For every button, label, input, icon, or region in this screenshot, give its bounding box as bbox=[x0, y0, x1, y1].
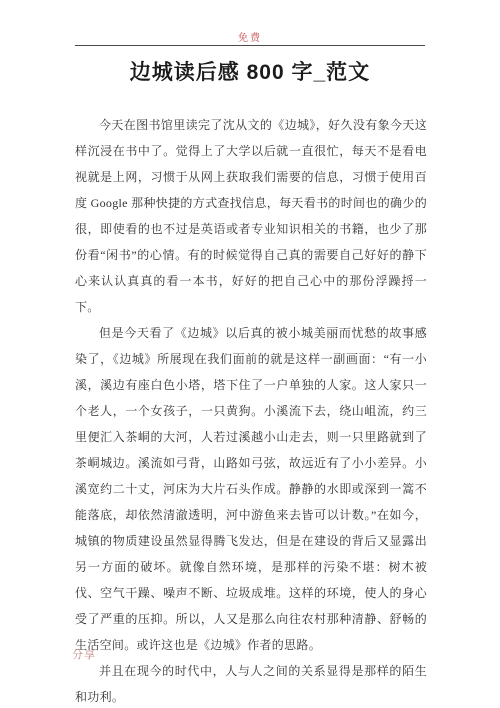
article-body: 今天在图书馆里读完了沈从文的《边城》，好久没有象今天这样沉浸在书中了。觉得上了大… bbox=[75, 112, 427, 708]
body-paragraph: 今天在图书馆里读完了沈从文的《边城》，好久没有象今天这样沉浸在书中了。觉得上了大… bbox=[75, 112, 427, 320]
share-link[interactable]: 分享 bbox=[72, 646, 96, 662]
page-title: 边城读后感 800 字_范文 bbox=[0, 56, 500, 86]
body-paragraph: 但是今天看了《边城》以后真的被小城美丽而忧愁的故事感染了，《边城》所展现在我们面… bbox=[75, 320, 427, 658]
document-page: 免费 边城读后感 800 字_范文 今天在图书馆里读完了沈从文的《边城》，好久没… bbox=[0, 0, 500, 708]
header-divider bbox=[75, 45, 425, 46]
free-badge: 免费 bbox=[0, 29, 500, 44]
body-paragraph: 并且在现今的时代中，人与人之间的关系显得是那样的陌生和功利。 bbox=[75, 658, 427, 708]
